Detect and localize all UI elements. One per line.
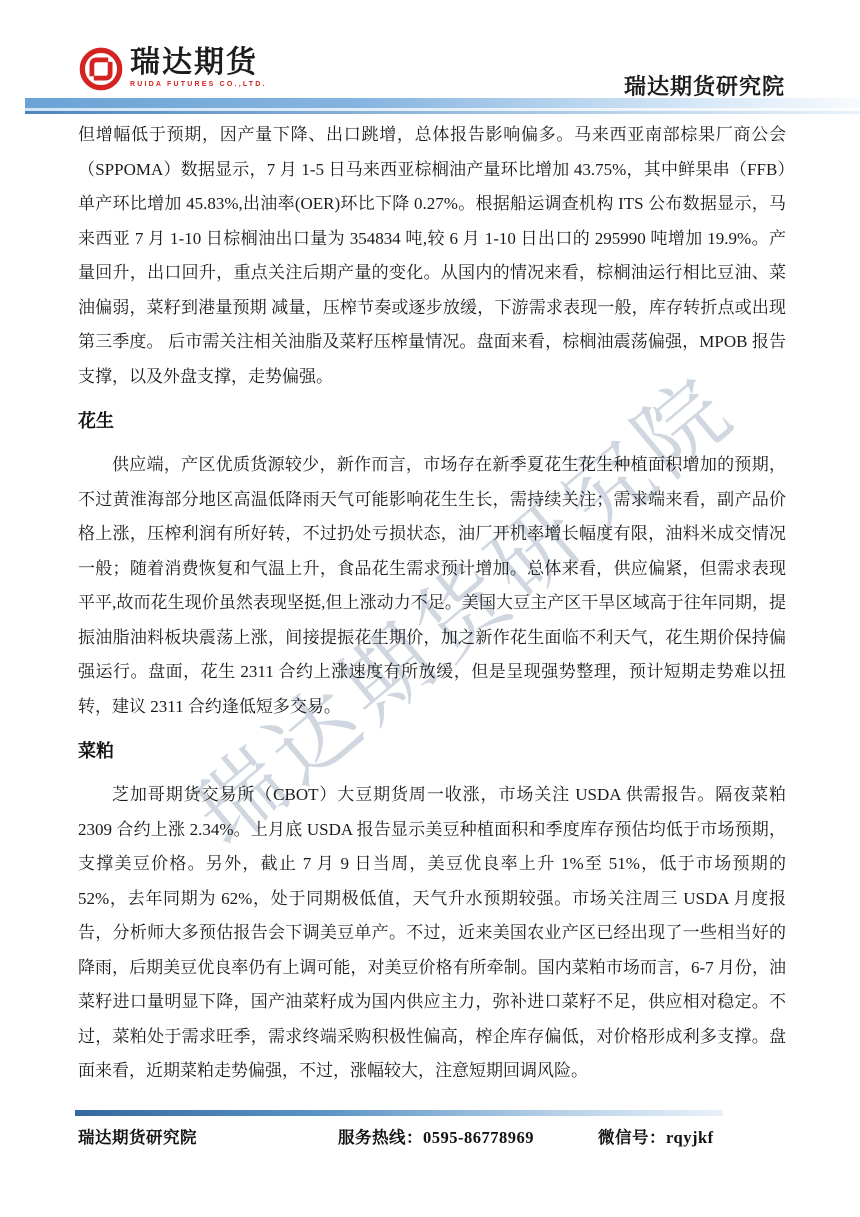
page-footer: 瑞达期货研究院 服务热线：0595-86778969 微信号：rqyjkf	[0, 1124, 860, 1150]
logo-brand-cn: 瑞达期货	[130, 46, 267, 80]
section-heading-rapeseed-meal: 菜粕	[78, 737, 786, 765]
ruida-swirl-logo-icon	[78, 46, 124, 92]
page-header: 瑞达期货 RUIDA FUTURES CO.,LTD. 瑞达期货研究院	[0, 0, 860, 98]
company-logo: 瑞达期货 RUIDA FUTURES CO.,LTD.	[78, 46, 267, 92]
footer-wechat-id: 微信号：rqyjkf	[598, 1124, 714, 1148]
paragraph-rapeseed-meal: 芝加哥期货交易所（CBOT）大豆期货周一收涨，市场关注 USDA 供需报告。隔夜…	[78, 778, 786, 1089]
header-divider-rule	[25, 98, 860, 114]
document-body: 但增幅低于预期，因产量下降、出口跳增，总体报告影响偏多。马来西亚南部棕果厂商公会…	[78, 118, 786, 1089]
footer-hotline: 服务热线：0595-86778969	[338, 1124, 534, 1148]
paragraph-palm-oil: 但增幅低于预期，因产量下降、出口跳增，总体报告影响偏多。马来西亚南部棕果厂商公会…	[78, 118, 786, 394]
section-heading-peanut: 花生	[78, 407, 786, 435]
logo-text: 瑞达期货 RUIDA FUTURES CO.,LTD.	[130, 46, 267, 88]
paragraph-peanut: 供应端，产区优质货源较少，新作而言，市场存在新季夏花生花生种植面积增加的预期，不…	[78, 448, 786, 724]
footer-institute: 瑞达期货研究院	[78, 1124, 197, 1148]
header-divider-main-band	[25, 98, 860, 108]
header-divider-bottom-line	[25, 111, 860, 114]
footer-divider-rule	[75, 1110, 723, 1116]
header-institute-title: 瑞达期货研究院	[624, 70, 785, 101]
logo-brand-en: RUIDA FUTURES CO.,LTD.	[130, 81, 267, 88]
